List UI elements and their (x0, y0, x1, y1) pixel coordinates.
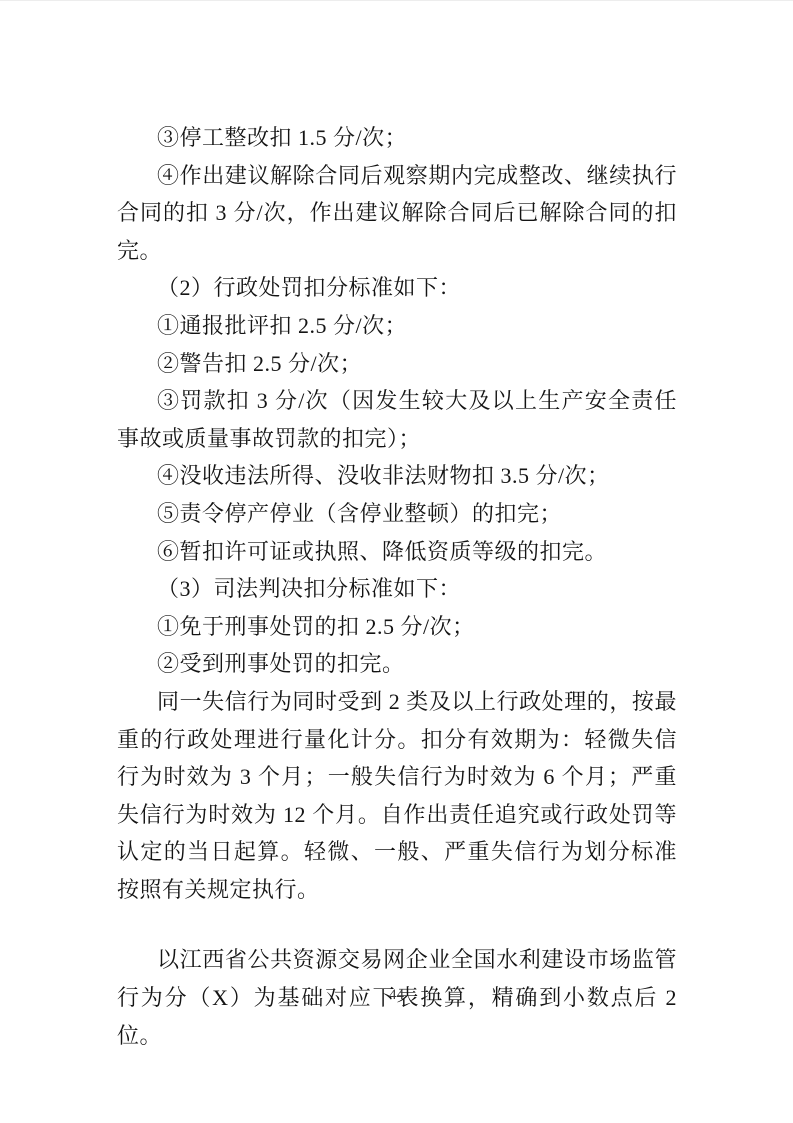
paragraph: ④没收违法所得、没收非法财物扣 3.5 分/次； (117, 457, 677, 495)
page-number: 44 (0, 987, 793, 1004)
document-body: ③停工整改扣 1.5 分/次； ④作出建议解除合同后观察期内完成整改、继续执行合… (117, 119, 677, 1054)
paragraph: ③罚款扣 3 分/次（因发生较大及以上生产安全责任事故或质量事故罚款的扣完）； (117, 382, 677, 457)
paragraph: ③停工整改扣 1.5 分/次； (117, 119, 677, 157)
paragraph: ①免于刑事处罚的扣 2.5 分/次； (117, 608, 677, 646)
paragraph: ①通报批评扣 2.5 分/次； (117, 307, 677, 345)
paragraph: ②警告扣 2.5 分/次； (117, 345, 677, 383)
paragraph: ②受到刑事处罚的扣完。 (117, 645, 677, 683)
paragraph: 同一失信行为同时受到 2 类及以上行政处理的，按最重的行政处理进行量化计分。扣分… (117, 683, 677, 909)
paragraph: ⑥暂扣许可证或执照、降低资质等级的扣完。 (117, 533, 677, 571)
paragraph: （3）司法判决扣分标准如下： (117, 570, 677, 608)
document-page: ③停工整改扣 1.5 分/次； ④作出建议解除合同后观察期内完成整改、继续执行合… (0, 0, 793, 1123)
paragraph: ④作出建议解除合同后观察期内完成整改、继续执行合同的扣 3 分/次，作出建议解除… (117, 157, 677, 270)
paragraph: （2）行政处罚扣分标准如下： (117, 269, 677, 307)
paragraph: ⑤责令停产停业（含停业整顿）的扣完； (117, 495, 677, 533)
